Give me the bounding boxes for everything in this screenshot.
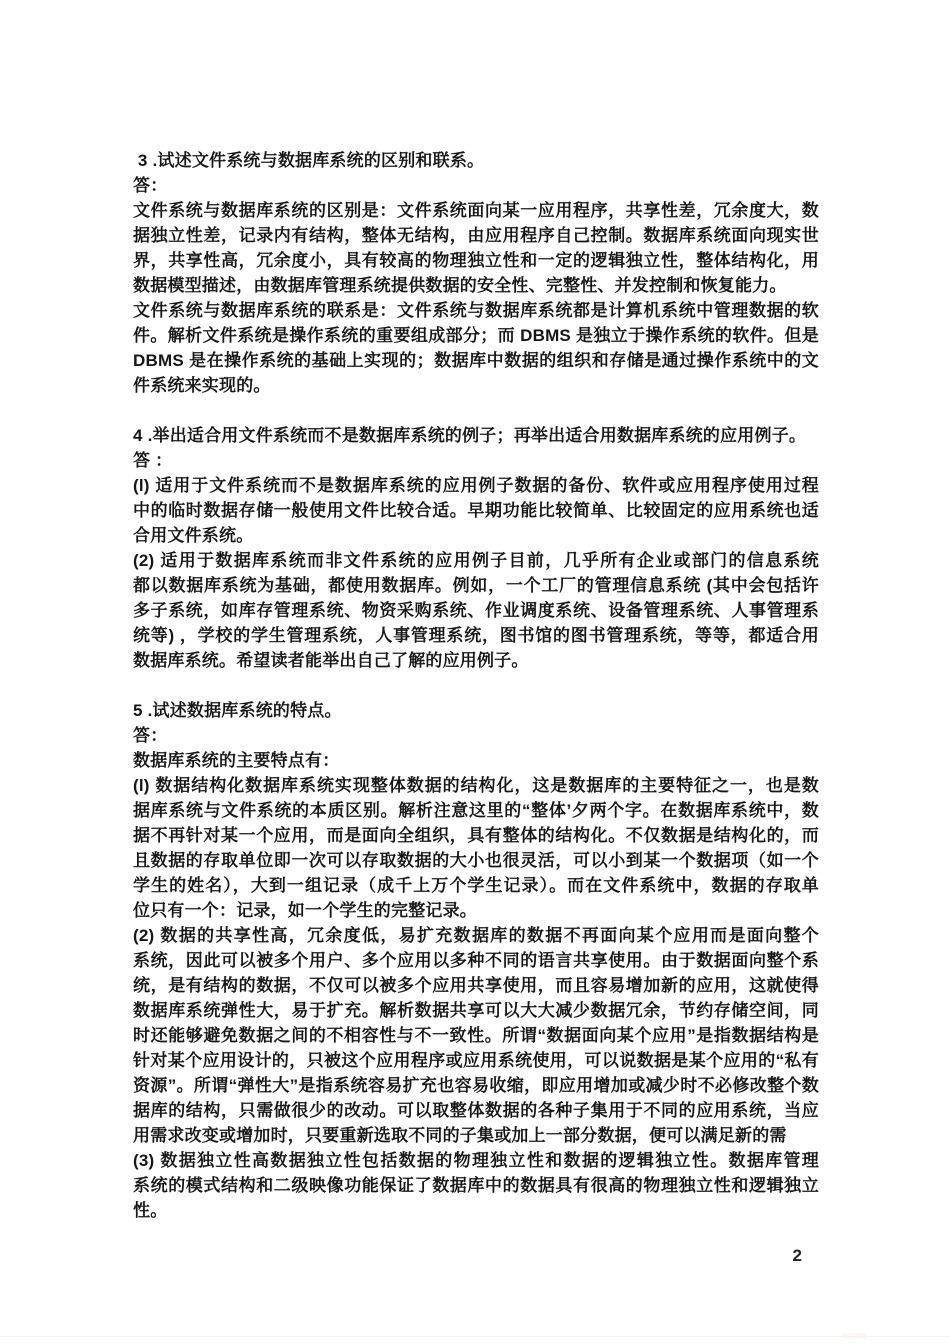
watermark — [843, 1333, 867, 1339]
paragraph: (2) 适用于数据库系统而非文件系统的应用例子目前，几乎所有企业或部门的信息系统… — [133, 548, 819, 673]
text-line: 且数据的存取单位即一次可以存取数据的大小也很灵活，可以小到某一个数据项（如一个 — [133, 848, 819, 873]
text-line: (l) 数据结构化数据库系统实现整体数据的结构化，这是数据库的主要特征之一，也是… — [133, 773, 819, 798]
page-number: 2 — [793, 1243, 802, 1268]
paragraph: 答： — [133, 173, 819, 198]
text-line: (2) 数据的共享性高，冗余度低，易扩充数据库的数据不再面向某个应用而是面向整个 — [133, 923, 819, 948]
text-line: 用需求改变或增加时，只要重新选取不同的子集或加上一部分数据，便可以满足新的需求。 — [133, 1123, 819, 1148]
text-line: 数据库系统。希望读者能举出自己了解的应用例子。 — [133, 648, 819, 673]
text-line: 数据库系统的主要特点有： — [133, 748, 819, 773]
text-line: 资源”。所谓“弹性大”是指系统容易扩充也容易收缩，即应用增加或减少时不必修改整个… — [133, 1073, 819, 1098]
paragraph: (3) 数据独立性高数据独立性包括数据的物理独立性和数据的逻辑独立性。数据库管理… — [133, 1148, 819, 1223]
paragraph: 文件系统与数据库系统的联系是：文件系统与数据库系统都是计算机系统中管理数据的软件… — [133, 298, 819, 398]
paragraph: 3 .试述文件系统与数据库系统的区别和联系。 — [133, 148, 819, 173]
text-line: 都以数据库系统为基础，都使用数据库。例如，一个工厂的管理信息系统 (其中会包括许 — [133, 573, 819, 598]
paragraph: 答： — [133, 723, 819, 748]
text-line: 件。解析文件系统是操作系统的重要组成部分；而 DBMS 是独立于操作系统的软件。… — [133, 323, 819, 348]
text-line: (3) 数据独立性高数据独立性包括数据的物理独立性和数据的逻辑独立性。数据库管理 — [133, 1148, 819, 1173]
text-line: 据不再针对某一个应用，而是面向全组织，具有整体的结构化。不仅数据是结构化的，而 — [133, 823, 819, 848]
document-page: 3 .试述文件系统与数据库系统的区别和联系。答：文件系统与数据库系统的区别是：文… — [0, 0, 950, 1344]
text-line: 中的临时数据存储一般使用文件比较合适。早期功能比较简单、比较固定的应用系统也适 — [133, 498, 819, 523]
section-question-3: 3 .试述文件系统与数据库系统的区别和联系。答：文件系统与数据库系统的区别是：文… — [133, 148, 819, 398]
page-bottom-edge — [0, 1336, 950, 1337]
paragraph: 数据库系统的主要特点有： — [133, 748, 819, 773]
text-line: DBMS 是在操作系统的基础上实现的；数据库中数据的组织和存储是通过操作系统中的… — [133, 348, 819, 373]
text-line: 文件系统与数据库系统的区别是：文件系统面向某一应用程序，共享性差，冗余度大，数 — [133, 198, 819, 223]
paragraph: 4 .举出适合用文件系统而不是数据库系统的例子；再举出适合用数据库系统的应用例子… — [133, 423, 819, 448]
text-line: 时还能够避免数据之间的不相容性与不一致性。所谓“数据面向某个应用”是指数据结构是 — [133, 1023, 819, 1048]
text-line: 数据库系统弹性大，易于扩充。解析数据共享可以大大减少数据冗余，节约存储空间，同 — [133, 998, 819, 1023]
text-line: 据库的结构，只需做很少的改动。可以取整体数据的各种子集用于不同的应用系统，当应 — [133, 1098, 819, 1123]
text-line: 多子系统，如库存管理系统、物资采购系统、作业调度系统、设备管理系统、人事管理系 — [133, 598, 819, 623]
text-line: 件系统来实现的。 — [133, 373, 819, 398]
text-line: 据库系统与文件系统的本质区别。解析注意这里的“整体’夕两个字。在数据库系统中，数 — [133, 798, 819, 823]
section-question-4: 4 .举出适合用文件系统而不是数据库系统的例子；再举出适合用数据库系统的应用例子… — [133, 423, 819, 673]
text-line: 答： — [133, 173, 819, 198]
text-line: 系统的模式结构和二级映像功能保证了数据库中的数据具有很高的物理独立性和逻辑独立 — [133, 1173, 819, 1198]
text-line: 位只有一个：记录，如一个学生的完整记录。 — [133, 898, 819, 923]
text-line: (l) 适用于文件系统而不是数据库系统的应用例子数据的备份、软件或应用程序使用过… — [133, 473, 819, 498]
paragraph: 文件系统与数据库系统的区别是：文件系统面向某一应用程序，共享性差，冗余度大，数据… — [133, 198, 819, 298]
text-line: 答 ： — [133, 448, 819, 473]
text-line: 数据模型描述，由数据库管理系统提供数据的安全性、完整性、并发控制和恢复能力。 — [133, 273, 819, 298]
text-line: (2) 适用于数据库系统而非文件系统的应用例子目前，几乎所有企业或部门的信息系统 — [133, 548, 819, 573]
paragraph: (l) 适用于文件系统而不是数据库系统的应用例子数据的备份、软件或应用程序使用过… — [133, 473, 819, 548]
section-question-5: 5 .试述数据库系统的特点。答：数据库系统的主要特点有：(l) 数据结构化数据库… — [133, 698, 819, 1223]
text-line: 系统，因此可以被多个用户、多个应用以多种不同的语言共享使用。由于数据面向整个系 — [133, 948, 819, 973]
text-line: 合用文件系统。 — [133, 523, 819, 548]
paragraph: 5 .试述数据库系统的特点。 — [133, 698, 819, 723]
text-line: 答： — [133, 723, 819, 748]
text-line: 针对某个应用设计的，只被这个应用程序或应用系统使用，可以说数据是某个应用的“私有 — [133, 1048, 819, 1073]
text-line: 性。 — [133, 1198, 819, 1223]
text-line: 3 .试述文件系统与数据库系统的区别和联系。 — [133, 148, 819, 173]
text-line: 学生的姓名），大到一组记录（成千上万个学生记录）。而在文件系统中，数据的存取单 — [133, 873, 819, 898]
paragraph: (2) 数据的共享性高，冗余度低，易扩充数据库的数据不再面向某个应用而是面向整个… — [133, 923, 819, 1148]
paragraph: 答 ： — [133, 448, 819, 473]
text-line: 统，是有结构的数据，不仅可以被多个应用共享使用，而且容易增加新的应用，这就使得 — [133, 973, 819, 998]
text-line: 据独立性差，记录内有结构，整体无结构，由应用程序自己控制。数据库系统面向现实世 — [133, 223, 819, 248]
text-line: 文件系统与数据库系统的联系是：文件系统与数据库系统都是计算机系统中管理数据的软 — [133, 298, 819, 323]
text-line: 统等) ，学校的学生管理系统，人事管理系统，图书馆的图书管理系统，等等，都适合用 — [133, 623, 819, 648]
text-line: 界，共享性高，冗余度小，具有较高的物理独立性和一定的逻辑独立性，整体结构化，用 — [133, 248, 819, 273]
text-line: 4 .举出适合用文件系统而不是数据库系统的例子；再举出适合用数据库系统的应用例子… — [133, 423, 819, 448]
text-line: 5 .试述数据库系统的特点。 — [133, 698, 819, 723]
paragraph: (l) 数据结构化数据库系统实现整体数据的结构化，这是数据库的主要特征之一，也是… — [133, 773, 819, 923]
document-content: 3 .试述文件系统与数据库系统的区别和联系。答：文件系统与数据库系统的区别是：文… — [133, 148, 819, 1223]
